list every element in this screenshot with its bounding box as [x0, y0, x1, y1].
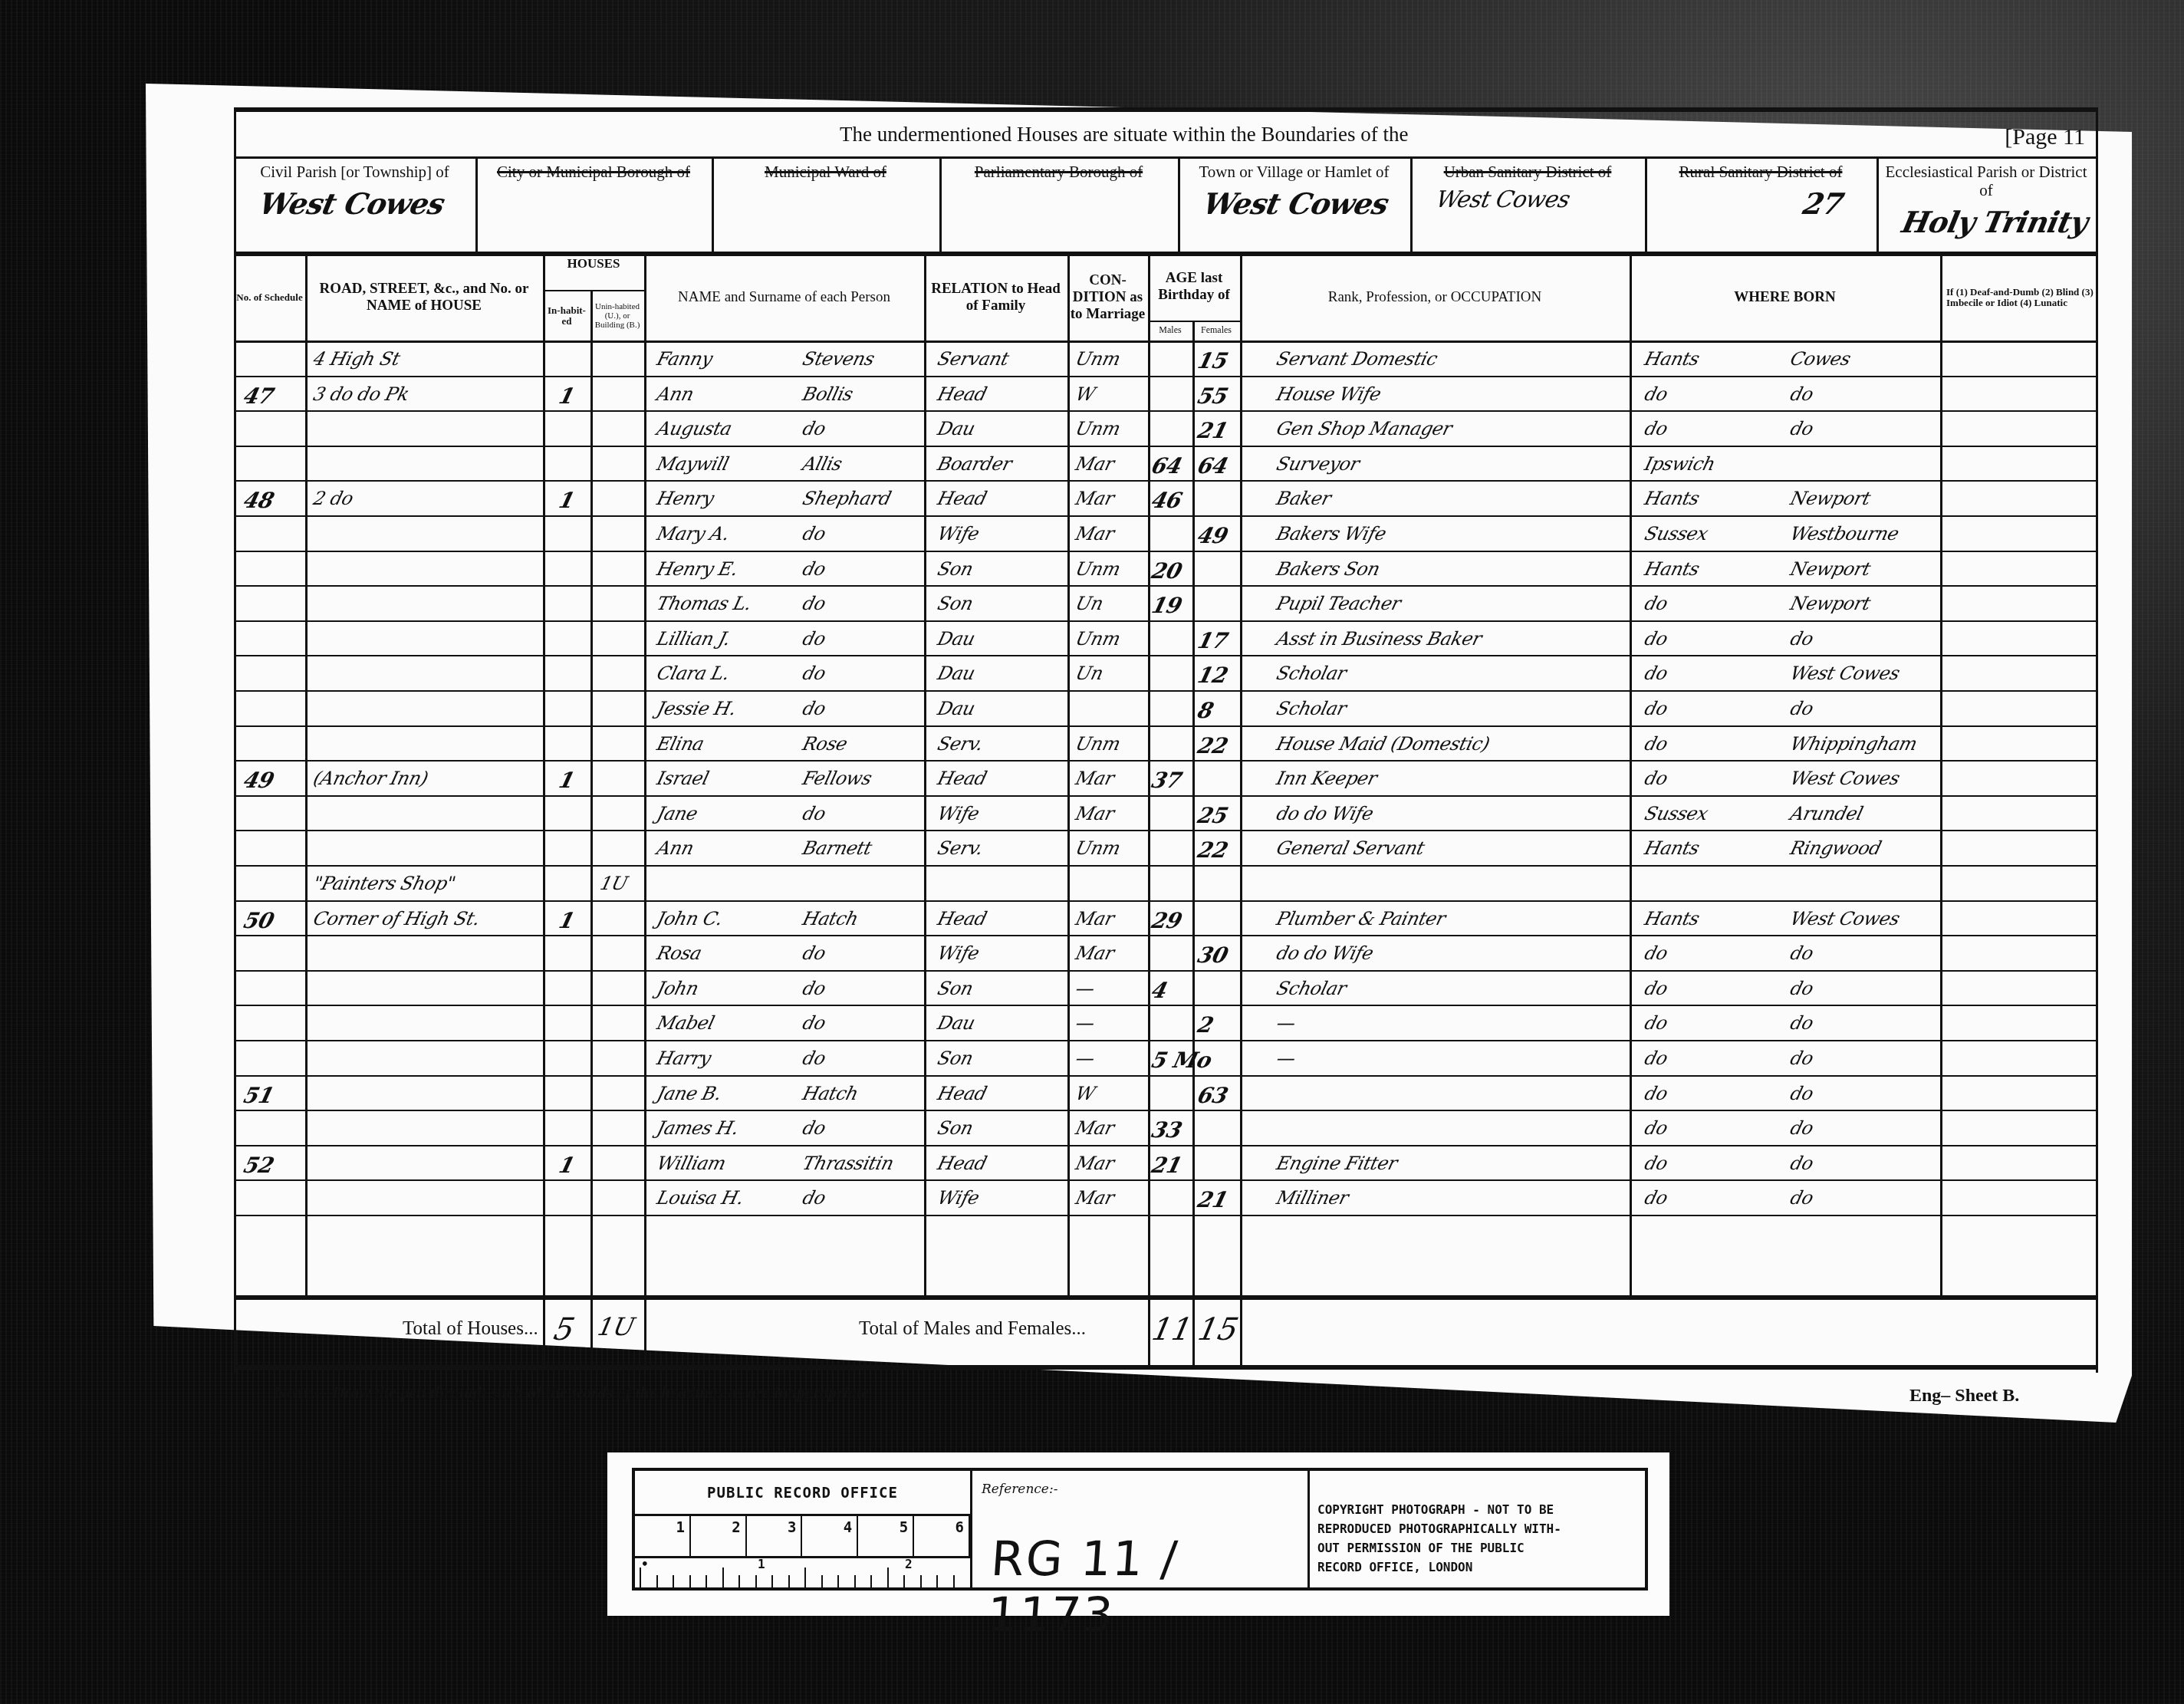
inhabited-count: [557, 663, 562, 686]
birth-place: [1788, 873, 1793, 896]
birth-county: Ipswich: [1642, 453, 1717, 476]
birth-county: do: [1642, 383, 1669, 406]
forename: Henry: [654, 488, 716, 511]
schedule-number: [242, 942, 247, 965]
col-where-born: WHERE BORN: [1630, 253, 1940, 342]
road-address: [311, 733, 316, 756]
schedule-number: [242, 628, 247, 651]
forename: Elina: [654, 733, 706, 756]
col-schedule: No. of Schedule: [234, 253, 305, 342]
copyright-line: COPYRIGHT PHOTOGRAPH - NOT TO BE: [1317, 1500, 1640, 1519]
male-age: [1150, 383, 1155, 406]
relation: Dau: [935, 698, 977, 721]
relation: Head: [935, 383, 988, 406]
birth-county: Sussex: [1642, 523, 1710, 546]
occupation: Bakers Son: [1274, 558, 1382, 581]
forename: John: [654, 978, 700, 1001]
birth-place: do: [1788, 1048, 1815, 1071]
copyright-line: REPRODUCED PHOTOGRAPHICALLY WITH-: [1317, 1519, 1640, 1538]
birth-county: Hants: [1642, 488, 1702, 511]
relation: Son: [935, 1117, 975, 1140]
table-row: AugustadoDauUnm21Gen Shop Managerdodo: [234, 412, 2097, 447]
forename: Jane B.: [654, 1083, 723, 1106]
relation: Serv.: [935, 837, 985, 860]
occupation: Gen Shop Manager: [1274, 418, 1454, 441]
surname: do: [800, 698, 827, 721]
table-row: Thomas L.doSonUn19Pupil TeacherdoNewport: [234, 587, 2097, 622]
schedule-number: [242, 663, 247, 686]
copyright-line: RECORD OFFICE, LONDON: [1317, 1558, 1640, 1577]
road-address: [311, 698, 316, 721]
birth-place: do: [1788, 942, 1815, 965]
marital-condition: Unm: [1073, 837, 1122, 860]
field-municipal-borough: City or Municipal Borough of: [475, 158, 712, 252]
col-relation: RELATION to Head of Family: [924, 253, 1067, 342]
birth-county: [1642, 873, 1647, 896]
female-age: [1196, 558, 1201, 581]
uninhabited-mark: [597, 1153, 603, 1176]
birth-county: do: [1642, 942, 1669, 965]
relation: Head: [935, 488, 988, 511]
inhabited-count: [557, 418, 562, 441]
surname: Hatch: [800, 1083, 860, 1106]
field-municipal-ward: Municipal Ward of: [712, 158, 939, 252]
uninhabited-mark: [597, 768, 603, 791]
birth-county: do: [1642, 663, 1669, 686]
stamp-office-panel: PUBLIC RECORD OFFICE 1 2 3 4 5 6 • 1 2: [635, 1471, 972, 1587]
road-address: [311, 628, 316, 651]
male-age: [1150, 663, 1155, 686]
inhabited-count: 1: [557, 383, 577, 406]
table-row: 51Jane B.HatchHeadW63dodo: [234, 1077, 2097, 1112]
male-age: [1150, 698, 1155, 721]
birth-county: Sussex: [1642, 803, 1710, 826]
field-label: Rural Sanitary District of: [1679, 163, 1843, 181]
birth-place: do: [1788, 978, 1815, 1001]
relation: Son: [935, 978, 975, 1001]
surname: Allis: [800, 453, 844, 476]
schedule-number: [242, 593, 247, 616]
relation: Head: [935, 1083, 988, 1106]
marital-condition: Unm: [1073, 348, 1122, 371]
birth-place: Ringwood: [1788, 837, 1883, 860]
road-address: 3 do do Pk: [311, 383, 411, 406]
forename: Thomas L.: [654, 593, 753, 616]
male-age: [1150, 523, 1155, 546]
schedule-number: [242, 873, 247, 896]
uninhabited-mark: [597, 523, 603, 546]
male-age: [1150, 733, 1155, 756]
inhabited-count: [557, 1012, 562, 1035]
female-age: 63: [1196, 1083, 1230, 1106]
schedule-number: [242, 698, 247, 721]
road-address: [311, 978, 316, 1001]
surname: do: [800, 1117, 827, 1140]
field-label: Town or Village or Hamlet of: [1199, 163, 1389, 181]
occupation: do do Wife: [1274, 803, 1375, 826]
uninhabited-mark: [597, 978, 603, 1001]
table-row: "Painters Shop"1U: [234, 867, 2097, 902]
uninhabited-mark: [597, 1117, 603, 1140]
occupation: —: [1274, 1012, 1298, 1035]
forename: [654, 873, 659, 896]
relation: Head: [935, 908, 988, 931]
col-uninhabited: Unin-habited (U.), or Building (B.): [590, 291, 644, 340]
inhabited-count: 1: [557, 1153, 577, 1176]
schedule-number: [242, 1048, 247, 1071]
ruler-tick: [821, 1575, 823, 1591]
table-row: ElinaRoseServ.Unm22House Maid (Domestic)…: [234, 727, 2097, 762]
footnote-lead: Note.—: [275, 1383, 332, 1402]
birth-place: Arundel: [1788, 803, 1865, 826]
forename: Mary A.: [654, 523, 731, 546]
female-age: [1196, 908, 1201, 931]
birth-place: do: [1788, 1117, 1815, 1140]
stamp-digit-scale: 1 2 3 4 5 6: [635, 1514, 970, 1558]
relation: Head: [935, 1153, 988, 1176]
birth-place: West Cowes: [1788, 663, 1902, 686]
field-urban-sanitary: Urban Sanitary District of West Cowes: [1410, 158, 1645, 252]
schedule-number: 48: [242, 488, 276, 511]
field-civil-parish: Civil Parish [or Township] of West Cowes: [234, 158, 475, 252]
male-age: 33: [1150, 1117, 1184, 1140]
birth-place: [1788, 453, 1793, 476]
female-age: [1196, 768, 1201, 791]
birth-county: do: [1642, 698, 1669, 721]
uninhabited-mark: [597, 698, 603, 721]
surname: do: [800, 558, 827, 581]
relation: Boarder: [935, 453, 1014, 476]
occupation: House Maid (Domestic): [1274, 733, 1492, 756]
inhabited-count: [557, 942, 562, 965]
birth-place: Newport: [1788, 558, 1873, 581]
road-address: Corner of High St.: [311, 908, 482, 931]
occupation: [1274, 1083, 1279, 1106]
occupation: Servant Domestic: [1274, 348, 1439, 371]
uninhabited-mark: [597, 453, 603, 476]
female-age: 30: [1196, 942, 1230, 965]
forename: James H.: [654, 1117, 741, 1140]
reference-label: Reference:-: [982, 1482, 1057, 1497]
surname: Stevens: [800, 348, 877, 371]
uninhabited-mark: [597, 803, 603, 826]
marital-condition: Mar: [1073, 453, 1116, 476]
road-address: [311, 942, 316, 965]
col-occupation: Rank, Profession, or OCCUPATION: [1240, 253, 1630, 342]
surname: Hatch: [800, 908, 860, 931]
male-age: [1150, 942, 1155, 965]
table-row: HarrydoSon—5 Mo—dodo: [234, 1041, 2097, 1077]
female-age: [1196, 1117, 1201, 1140]
forename: Jane: [654, 803, 699, 826]
ruler-tick: [953, 1575, 955, 1591]
schedule-number: [242, 523, 247, 546]
ruler-tick: [689, 1575, 691, 1591]
forename: William: [654, 1153, 728, 1176]
uninhabited-mark: [597, 1083, 603, 1106]
inhabited-count: [557, 1083, 562, 1106]
road-address: [311, 418, 316, 441]
inhabited-count: [557, 873, 562, 896]
inhabited-count: [557, 1187, 562, 1210]
inhabited-count: [557, 803, 562, 826]
schedule-number: 50: [242, 908, 276, 931]
table-row: JohndoSon—4Scholardodo: [234, 972, 2097, 1007]
female-age: 2: [1196, 1012, 1215, 1035]
male-age: 46: [1150, 488, 1184, 511]
schedule-number: 51: [242, 1083, 276, 1106]
ruler-tick: [887, 1567, 889, 1591]
surname: do: [800, 663, 827, 686]
female-age: 12: [1196, 663, 1230, 686]
marital-condition: W: [1073, 383, 1097, 406]
table-row: 50Corner of High St.1John C.HatchHeadMar…: [234, 902, 2097, 937]
inhabited-count: [557, 733, 562, 756]
occupation: [1274, 1117, 1279, 1140]
ruler-tick: [673, 1575, 674, 1591]
stamp-digit: 5: [858, 1516, 914, 1556]
table-row: 473 do do Pk1AnnBollisHeadW55House Wifed…: [234, 377, 2097, 413]
col-condition: CON-DITION as to Marriage: [1067, 253, 1148, 342]
ruler-tick: [854, 1575, 856, 1591]
relation: Dau: [935, 628, 977, 651]
inhabited-count: [557, 837, 562, 860]
birth-county: do: [1642, 1012, 1669, 1035]
uninhabited-mark: [597, 663, 603, 686]
uninhabited-mark: [597, 628, 603, 651]
inhabited-count: [557, 348, 562, 371]
stamp-copyright: COPYRIGHT PHOTOGRAPH - NOT TO BE REPRODU…: [1317, 1500, 1640, 1577]
birth-county: do: [1642, 1083, 1669, 1106]
birth-county: do: [1642, 593, 1669, 616]
field-label: Municipal Ward of: [765, 163, 886, 181]
table-row: 49(Anchor Inn)1IsraelFellowsHeadMar37Inn…: [234, 762, 2097, 797]
public-record-office-stamp: PUBLIC RECORD OFFICE 1 2 3 4 5 6 • 1 2 R…: [607, 1452, 1669, 1616]
ruler-tick: [837, 1575, 839, 1591]
male-age: 4: [1150, 978, 1169, 1001]
field-ecclesiastical-parish: Ecclesiastical Parish or District of Hol…: [1876, 158, 2096, 252]
birth-county: Hants: [1642, 837, 1702, 860]
uninhabited-mark: 1U: [597, 873, 630, 896]
table-row: Lillian J.doDauUnm17Asst in Business Bak…: [234, 622, 2097, 657]
footnote: Note.—Draw the pen through such of the w…: [275, 1383, 873, 1403]
stamp-ruler: • 1 2: [635, 1555, 970, 1591]
relation: Head: [935, 768, 988, 791]
field-label: Urban Sanitary District of: [1444, 163, 1612, 181]
relation: Dau: [935, 1012, 977, 1035]
uninhabited-mark: [597, 837, 603, 860]
ruler-mark: 2: [905, 1557, 913, 1571]
birth-county: Hants: [1642, 558, 1702, 581]
surname: do: [800, 803, 827, 826]
road-address: 4 High St: [311, 348, 402, 371]
female-age: [1196, 1153, 1201, 1176]
houses-total-label: Total of Houses...: [403, 1318, 538, 1340]
forename: Lillian J.: [654, 628, 732, 651]
stamp-digit: 1: [635, 1516, 691, 1556]
marital-condition: [1073, 873, 1078, 896]
forename: John C.: [654, 908, 725, 931]
schedule-number: [242, 803, 247, 826]
occupation: Scholar: [1274, 698, 1348, 721]
forename: Mabel: [654, 1012, 716, 1035]
stamp-box: PUBLIC RECORD OFFICE 1 2 3 4 5 6 • 1 2 R…: [632, 1468, 1648, 1591]
surname: [800, 873, 805, 896]
form-title: The undermentioned Houses are situate wi…: [840, 123, 1409, 146]
surname: do: [800, 1187, 827, 1210]
marital-condition: Un: [1073, 663, 1105, 686]
forename: Maywill: [654, 453, 731, 476]
table-row: MaywillAllisBoarderMar6464SurveyorIpswic…: [234, 447, 2097, 482]
field-value: West Cowes: [1177, 187, 1410, 221]
road-address: "Painters Shop": [311, 873, 458, 896]
marital-condition: —: [1073, 1012, 1097, 1035]
birth-county: do: [1642, 418, 1669, 441]
birth-place: West Cowes: [1788, 768, 1902, 791]
uninhabited-mark: [597, 593, 603, 616]
forename: Augusta: [654, 418, 734, 441]
forename: Fanny: [654, 348, 715, 371]
field-value: Holy Trinity: [1876, 206, 2096, 239]
birth-place: do: [1788, 628, 1815, 651]
table-row: 521WilliamThrassitinHeadMar21Engine Fitt…: [234, 1146, 2097, 1182]
schedule-number: 47: [242, 383, 276, 406]
ruler-mark: •: [641, 1557, 649, 1571]
road-address: [311, 1083, 316, 1106]
road-address: (Anchor Inn): [311, 768, 430, 791]
table-row: James H.doSonMar33dodo: [234, 1111, 2097, 1146]
uninhabited-mark: [597, 488, 603, 511]
col-males: Males: [1148, 324, 1192, 336]
marital-condition: Mar: [1073, 1153, 1116, 1176]
marital-condition: Unm: [1073, 558, 1122, 581]
table-row: Louisa H.doWifeMar21Millinerdodo: [234, 1181, 2097, 1216]
frame-bottom: [234, 1365, 2097, 1370]
schedule-number: [242, 453, 247, 476]
occupation: —: [1274, 1048, 1298, 1071]
inhabited-count: 1: [557, 768, 577, 791]
footnote-text: Draw the pen through such of the words o…: [332, 1383, 873, 1402]
field-label: City or Municipal Borough of: [497, 163, 690, 181]
occupation: Asst in Business Baker: [1274, 628, 1484, 651]
ruler-tick: [738, 1575, 740, 1591]
birth-county: do: [1642, 1048, 1669, 1071]
birth-place: Newport: [1788, 593, 1873, 616]
road-address: [311, 1153, 316, 1176]
birth-county: Hants: [1642, 348, 1702, 371]
surname: Fellows: [800, 768, 873, 791]
surname: Thrassitin: [800, 1153, 896, 1176]
male-age: [1150, 628, 1155, 651]
table-row: AnnBarnettServ.Unm22General ServantHants…: [234, 831, 2097, 867]
table-row: JanedoWifeMar25do do WifeSussexArundel: [234, 797, 2097, 832]
field-label: Civil Parish [or Township] of: [260, 163, 449, 181]
occupation: House Wife: [1274, 383, 1383, 406]
relation: Wife: [935, 523, 981, 546]
female-age: [1196, 978, 1201, 1001]
surname: do: [800, 593, 827, 616]
table-row: RosadoWifeMar30do do Wifedodo: [234, 936, 2097, 972]
forename: Rosa: [654, 942, 704, 965]
stamp-digit: 2: [691, 1516, 747, 1556]
relation: Son: [935, 1048, 975, 1071]
surname: Barnett: [800, 837, 873, 860]
marital-condition: —: [1073, 1048, 1097, 1071]
surname: Rose: [800, 733, 850, 756]
inhabited-count: 1: [557, 908, 577, 931]
birth-place: do: [1788, 1012, 1815, 1035]
uninhabited-mark: [597, 1187, 603, 1210]
marital-condition: Mar: [1073, 1187, 1116, 1210]
road-address: [311, 1048, 316, 1071]
birth-place: West Cowes: [1788, 908, 1902, 931]
occupation: Plumber & Painter: [1274, 908, 1448, 931]
table-row: 4 High StFannyStevensServantUnm15Servant…: [234, 342, 2097, 377]
ruler-tick: [903, 1575, 905, 1591]
forename: Louisa H.: [654, 1187, 745, 1210]
road-address: [311, 453, 316, 476]
surname: do: [800, 523, 827, 546]
relation: Wife: [935, 942, 981, 965]
ruler-mark: 1: [758, 1557, 765, 1571]
female-age: [1196, 488, 1201, 511]
forename: Ann: [654, 383, 696, 406]
birth-county: do: [1642, 768, 1669, 791]
stamp-office-title: PUBLIC RECORD OFFICE: [635, 1485, 970, 1502]
female-age: 64: [1196, 453, 1230, 476]
marital-condition: Mar: [1073, 942, 1116, 965]
uninhabited-mark: [597, 733, 603, 756]
male-age: [1150, 1012, 1155, 1035]
female-age: 8: [1196, 698, 1215, 721]
ruler-tick: [936, 1575, 938, 1591]
marital-condition: W: [1073, 1083, 1097, 1106]
col-name: NAME and Surname of each Person: [644, 253, 924, 342]
row-rule: [234, 1215, 2097, 1216]
surname: Shephard: [800, 488, 893, 511]
copyright-line: OUT PERMISSION OF THE PUBLIC: [1317, 1538, 1640, 1558]
forename: Jessie H.: [654, 698, 738, 721]
occupation: Bakers Wife: [1274, 523, 1388, 546]
marital-condition: Mar: [1073, 523, 1116, 546]
page-number: [Page 11: [2005, 124, 2085, 150]
surname: do: [800, 418, 827, 441]
road-address: [311, 1117, 316, 1140]
uninhabited-mark: [597, 942, 603, 965]
forename: Clara L.: [654, 663, 732, 686]
male-age: 19: [1150, 593, 1184, 616]
marital-condition: Mar: [1073, 1117, 1116, 1140]
male-age: [1150, 803, 1155, 826]
schedule-number: 49: [242, 768, 276, 791]
birth-place: do: [1788, 1083, 1815, 1106]
surname: Bollis: [800, 383, 855, 406]
field-label: Ecclesiastical Parish or District of: [1885, 163, 2087, 199]
road-address: [311, 663, 316, 686]
occupation: [1274, 873, 1279, 896]
road-address: [311, 837, 316, 860]
male-age: 20: [1150, 558, 1184, 581]
ruler-tick: [755, 1575, 757, 1591]
sheet-id: Eng– Sheet B.: [1909, 1386, 2019, 1406]
field-rural-sanitary: Rural Sanitary District of 27: [1645, 158, 1876, 252]
col-road: ROAD, STREET, &c., and No. or NAME of HO…: [305, 253, 543, 342]
male-age: 5 Mo: [1150, 1048, 1214, 1071]
relation: Wife: [935, 1187, 981, 1210]
female-age: 55: [1196, 383, 1230, 406]
uninhabited-mark: [597, 418, 603, 441]
road-address: [311, 558, 316, 581]
